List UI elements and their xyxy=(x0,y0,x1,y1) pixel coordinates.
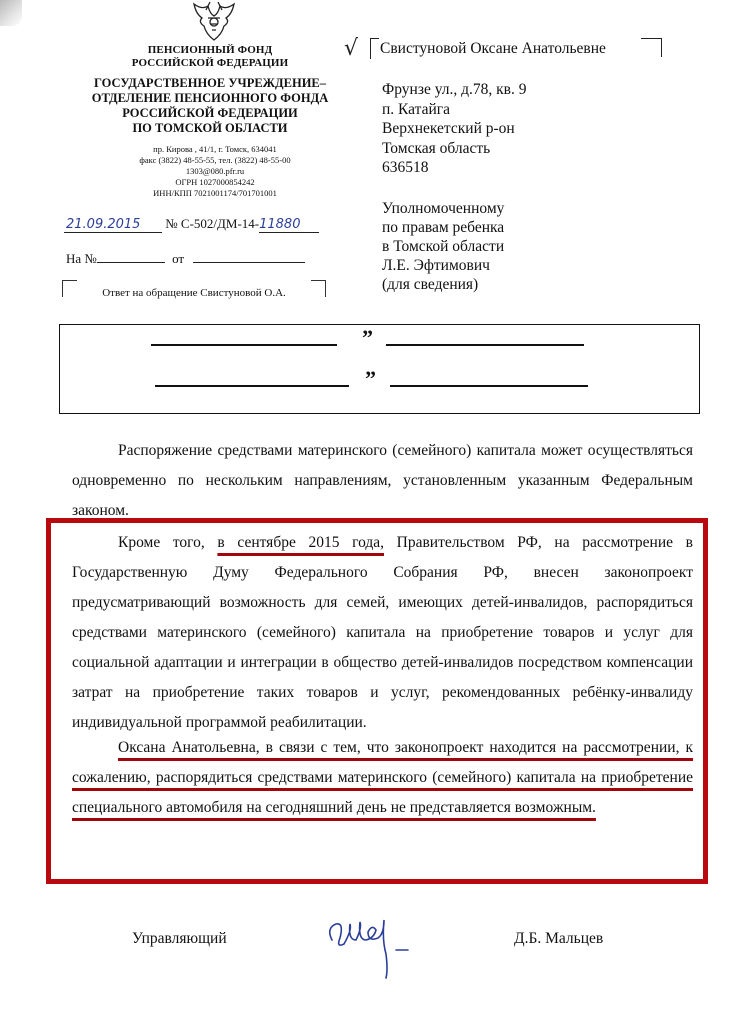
registration-date: 21.09.2015 xyxy=(64,217,162,233)
institution-line: РОССИЙСКОЙ ФЕДЕРАЦИИ xyxy=(60,106,360,121)
paragraph-3-text: Оксана Анатольевна, в связи с тем, что з… xyxy=(72,739,693,816)
paragraph-2-highlight: в сентябре 2015 года, xyxy=(217,534,384,551)
paragraph-2: Кроме того, в сентябре 2015 года, Правит… xyxy=(72,528,693,738)
institution-line: ПО ТОМСКОЙ ОБЛАСТИ xyxy=(60,121,360,136)
copy-line: Л.Е. Эфтимович xyxy=(382,256,504,275)
subject-text: Ответ на обращение Свистуновой О.А. xyxy=(62,287,326,299)
blank-line xyxy=(390,385,588,387)
reference-number-blank xyxy=(97,250,165,263)
address-line: 636518 xyxy=(382,158,527,178)
paragraph-1-text: Распоряжение средствами материнского (се… xyxy=(72,442,693,519)
scan-shadow xyxy=(0,0,22,26)
contact-address: пр. Кирова , 41/1, г. Томск, 634041 xyxy=(90,144,340,155)
quote-mark: ” xyxy=(365,366,376,392)
blank-line xyxy=(151,344,337,346)
blank-line xyxy=(386,344,584,346)
contact-email: 1303@080.pfr.ru xyxy=(90,166,340,177)
copy-line: в Томской области xyxy=(382,237,504,256)
handwritten-signature-icon xyxy=(322,910,442,980)
paragraph-1: Распоряжение средствами материнского (се… xyxy=(72,436,693,526)
contact-ogrn: ОГРН 1027000854242 xyxy=(90,177,340,188)
institution-line: ОТДЕЛЕНИЕ ПЕНСИОННОГО ФОНДА xyxy=(60,91,360,106)
fund-name-line-2: РОССИЙСКОЙ ФЕДЕРАЦИИ xyxy=(60,57,360,70)
contact-phone: факс (3822) 48-55-55, тел. (3822) 48-55-… xyxy=(90,155,340,166)
signatory-name: Д.Б. Мальцев xyxy=(514,930,603,948)
copy-line: (для сведения) xyxy=(382,275,504,294)
fund-name-line-1: ПЕНСИОННЫЙ ФОНД xyxy=(60,44,360,57)
recipient-name: Свистуновой Оксане Анатольевне xyxy=(380,40,606,58)
reference-line: На № от xyxy=(66,250,305,267)
redacted-quote-box: ” ” xyxy=(59,324,700,414)
contact-inn: ИНН/КПП 7021001174/701701001 xyxy=(90,188,340,199)
organization-header: ПЕНСИОННЫЙ ФОНД РОССИЙСКОЙ ФЕДЕРАЦИИ ГОС… xyxy=(60,44,360,136)
coat-of-arms-icon xyxy=(188,0,240,42)
reference-from-label: от xyxy=(172,251,184,266)
recipient-address: Фрунзе ул., д.78, кв. 9 п. Катайга Верхн… xyxy=(382,80,527,178)
paragraph-2-after: Правительством РФ, на рассмотрение в Гос… xyxy=(72,534,693,731)
organization-contacts: пр. Кирова , 41/1, г. Томск, 634041 факс… xyxy=(90,144,340,199)
registration-line: 21.09.2015 № С-502/ДМ-14-11880 xyxy=(64,216,319,233)
recipient-name-block: Свистуновой Оксане Анатольевне xyxy=(370,36,662,60)
paragraph-2-before: Кроме того, xyxy=(118,534,217,551)
address-line: Томская область xyxy=(382,139,527,159)
reference-date-blank xyxy=(193,250,305,263)
subject-block: Ответ на обращение Свистуновой О.А. xyxy=(62,280,326,304)
bracket-corner xyxy=(641,38,662,57)
copy-recipient: Уполномоченному по правам ребенка в Томс… xyxy=(382,199,504,294)
paragraph-3: Оксана Анатольевна, в связи с тем, что з… xyxy=(72,733,693,823)
blank-line xyxy=(155,385,349,387)
bracket-corner xyxy=(370,38,379,59)
quote-mark: ” xyxy=(362,325,373,351)
signatory-title: Управляющий xyxy=(132,930,227,948)
address-line: Фрунзе ул., д.78, кв. 9 xyxy=(382,80,527,100)
address-line: п. Катайга xyxy=(382,100,527,120)
copy-line: Уполномоченному xyxy=(382,199,504,218)
address-line: Верхнекетский р-он xyxy=(382,119,527,139)
check-mark-icon: √ xyxy=(344,36,358,61)
reference-label: На № xyxy=(66,251,97,266)
copy-line: по правам ребенка xyxy=(382,218,504,237)
registration-number-prefix: № С-502/ДМ-14- xyxy=(165,216,259,231)
registration-number: 11880 xyxy=(259,217,319,233)
institution-line: ГОСУДАРСТВЕННОЕ УЧРЕЖДЕНИЕ– xyxy=(60,76,360,91)
